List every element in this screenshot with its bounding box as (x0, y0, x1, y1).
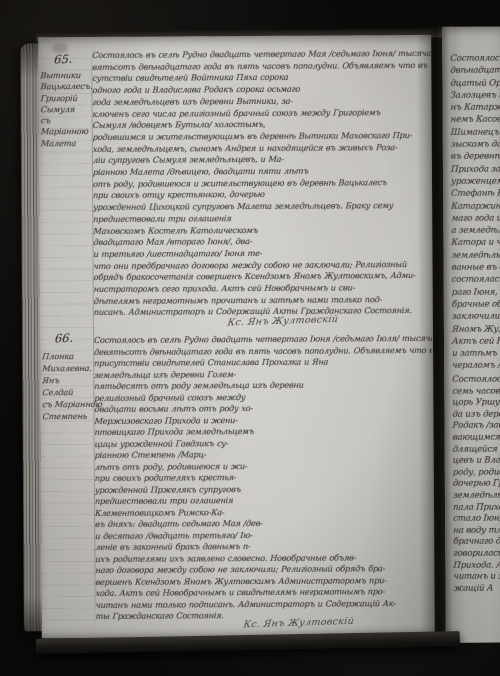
manuscript-line-fragment: роду, родивш (453, 467, 500, 479)
manuscript-line-fragment: цорь Уршулѣ (452, 397, 500, 409)
manuscript-line-fragment: и затѣмъ на (452, 347, 500, 360)
open-register-book: 65. ВытникиВацькалесъ.ГригорійСымулясъМа… (0, 0, 500, 676)
manuscript-line-fragment: чераломъ Анд (452, 359, 500, 372)
manuscript-line-fragment: уроженцемъ (451, 175, 500, 188)
manuscript-line-fragment: маго года и (451, 212, 500, 225)
priest-signature-entry-66: Кс. Янъ Жултовскій (243, 616, 355, 631)
margin-note-line: съ Маріанною (42, 399, 95, 411)
manuscript-line-fragment: ванные въ д (451, 261, 500, 274)
manuscript-line-fragment: цевъ и Владис (452, 455, 500, 467)
manuscript-line-fragment: брачнаго дого (453, 536, 500, 548)
margin-note-line: Михалевна. (42, 363, 95, 375)
manuscript-line-fragment: дцатый Ор (450, 77, 500, 90)
manuscript-line-fragment: Катора и ч (451, 236, 500, 249)
manuscript-line-fragment: двѣнадцатаго (450, 64, 500, 77)
margin-note-line: Стемпень (42, 410, 95, 422)
entry-65-body: Состоялось въ селѣ Рудно двадцать четвер… (92, 48, 432, 319)
right-page-lower-entry: Состоялось в ссемь часовъ поцорь Уршулѣд… (452, 374, 500, 595)
manuscript-line-fragment: пала Прихо (453, 502, 500, 514)
manuscript-line-fragment: въ деревнѣ Ч (451, 150, 500, 163)
manuscript-line-fragment: Шиманецъ у (450, 126, 500, 139)
manuscript-line-fragment: немъ Касовс (450, 114, 500, 127)
manuscript-line-fragment: зыскомъ давну (451, 138, 500, 151)
margin-note-line: Вытники (40, 70, 93, 82)
manuscript-line-fragment: читанъ и за (453, 571, 500, 583)
manuscript-line-fragment: дочерью Гри (453, 478, 500, 490)
margin-note-line: Григорій (40, 93, 93, 105)
manuscript-line-fragment: вающимся въ де (452, 432, 500, 444)
margin-note-line: Янъ (42, 375, 95, 387)
manuscript-line-fragment: земледѣльцев (453, 490, 500, 502)
manuscript-line-fragment: земледѣльц (451, 249, 500, 262)
entry-66-margin-notes: ПлонкаМихалевна.ЯнъСелдайсъ МаріанноюСте… (42, 351, 94, 423)
manuscript-line-fragment: Родакъ /зайти (452, 420, 500, 432)
margin-note-line: Маріанною (40, 126, 93, 138)
manuscript-line-fragment: Залозцевъ и Ф (450, 89, 500, 102)
manuscript-photograph: 65. ВытникиВацькалесъ.ГригорійСымулясъМа… (0, 0, 500, 676)
margin-note-line: Селдай (42, 387, 95, 399)
manuscript-line-fragment: семь часовъ по (452, 386, 500, 398)
entry-number-65: 65. (54, 52, 73, 67)
margin-note-line: Сымуля (40, 104, 93, 116)
right-page-partial: Состоялось вдвѣнадцатагодцатый ОрЗалозце… (442, 26, 500, 642)
entry-65-margin-notes: ВытникиВацькалесъ.ГригорійСымулясъМаріан… (40, 70, 92, 149)
manuscript-line-fragment: а земледѣл (451, 224, 500, 237)
priest-signature-entry-65: Кс. Янъ Жултовскій (227, 314, 339, 329)
margin-note-line: Вацькалесъ. (40, 81, 93, 93)
manuscript-line-fragment: заключили (452, 310, 500, 323)
manuscript-line-fragment: на воду тлеш (453, 525, 500, 537)
margin-note-line: Малета (40, 138, 93, 150)
manuscript-line-fragment: Катаржины (451, 200, 500, 213)
manuscript-line-fragment: длящейся и жи (452, 444, 500, 456)
manuscript-line-fragment: Прихода за (451, 163, 500, 176)
left-page: 65. ВытникиВацькалесъ.ГригорійСымулясъМа… (38, 35, 435, 638)
manuscript-line-fragment: состоялась (451, 273, 500, 286)
manuscript-line-fragment: брачные об (452, 298, 500, 311)
manuscript-line-fragment: Стефанѣ К (451, 187, 500, 200)
manuscript-line-fragment: нъ Катаржи (450, 101, 500, 114)
manuscript-line-fragment: Актъ сей Н (452, 335, 500, 348)
manuscript-line-fragment: раго Іюня, о (451, 286, 500, 299)
manuscript-line-fragment: жащій А (453, 583, 500, 595)
manuscript-line-fragment: Прихода. А (453, 560, 500, 572)
entry-66-body: Состоялось въ селѣ Рудно двадцать четвер… (94, 333, 434, 623)
manuscript-line-fragment: говорилась П (453, 548, 500, 560)
manuscript-line-fragment: Яномъ Жул (452, 323, 500, 336)
right-page-upper-entry: Состоялось вдвѣнадцатагодцатый ОрЗалозце… (450, 52, 500, 372)
manuscript-line-fragment: да изъ деревни (452, 409, 500, 421)
manuscript-line-fragment: стало Іюня/ су (453, 513, 500, 525)
manuscript-line-fragment: Состоялось в (450, 52, 500, 65)
margin-note-line: Плонка (42, 351, 95, 363)
manuscript-line-fragment: Состоялось в с (452, 374, 500, 386)
entry-number-66: 66. (55, 331, 74, 346)
